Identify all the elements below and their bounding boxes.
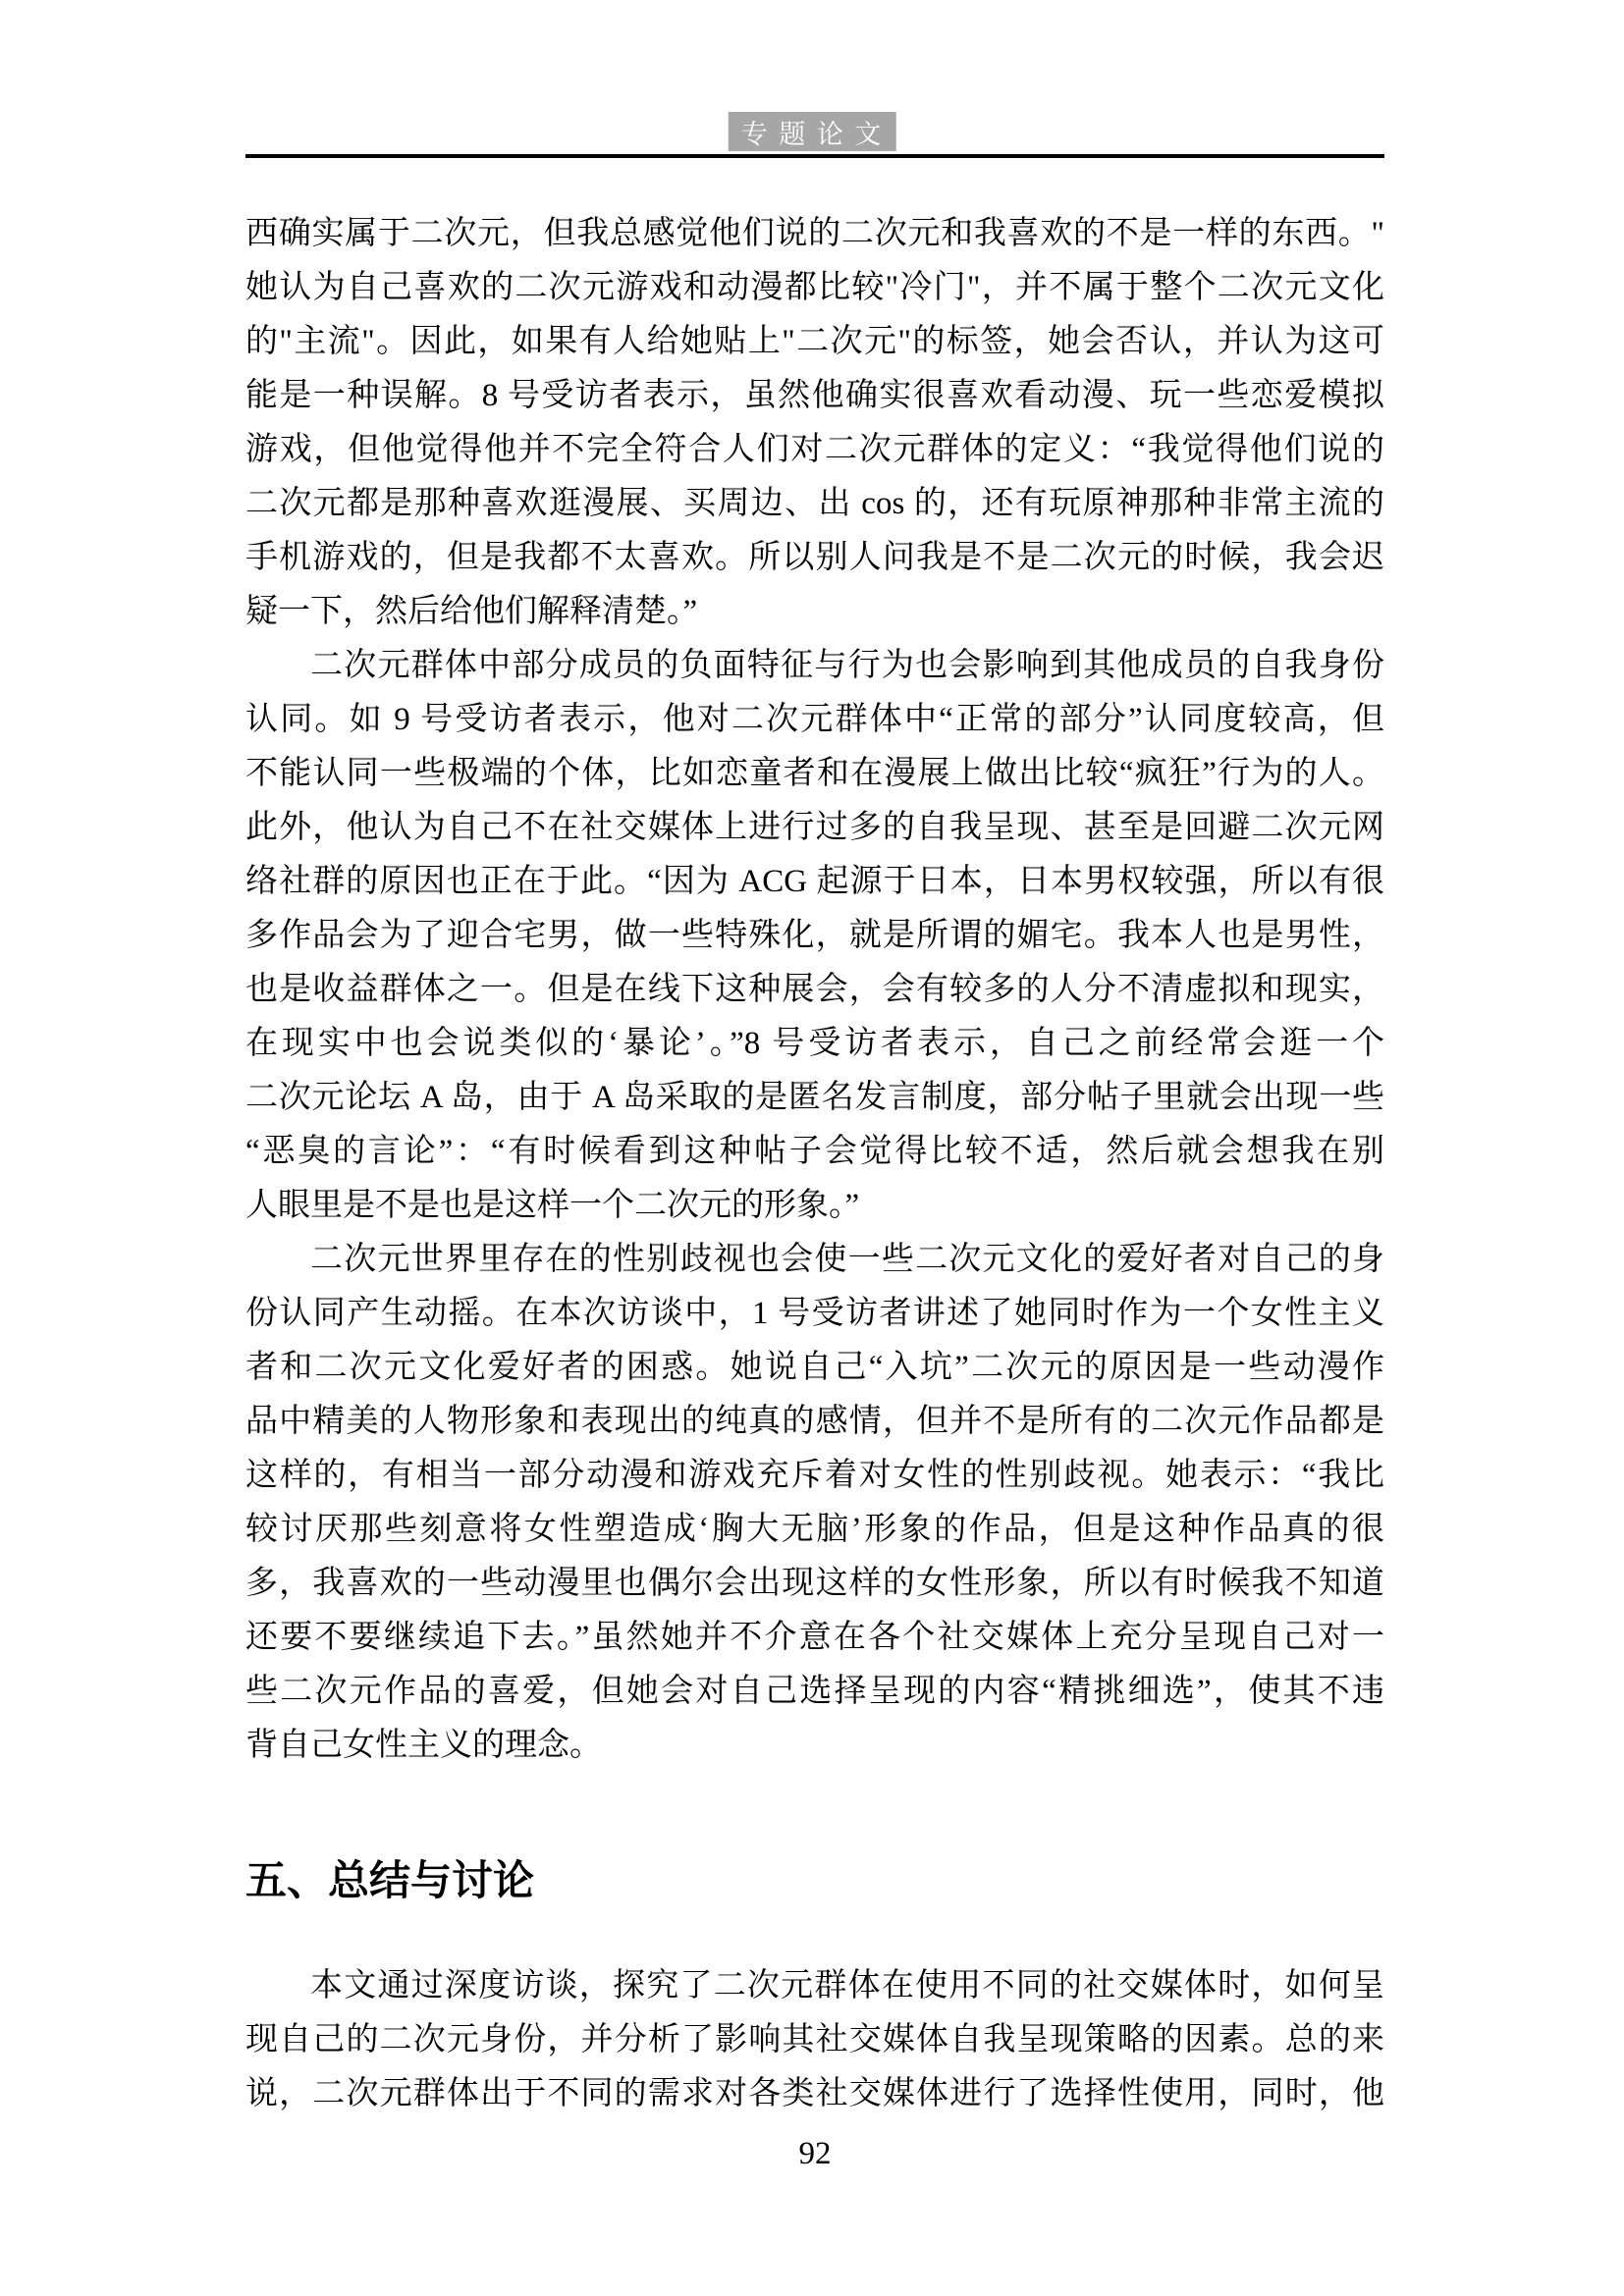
document-page: 专 题 论 文 西确实属于二次元，但我总感觉他们说的二次元和我喜欢的不是一样的东… [0, 0, 1624, 2296]
text-line: 人眼里是不是也是这样一个二次元的形象。” [245, 1179, 1384, 1233]
text-line: 还要不要继续追下去。”虽然她并不介意在各个社交媒体上充分呈现自己对一 [245, 1611, 1384, 1665]
text-line: 游戏，但他觉得他并不完全符合人们对二次元群体的定义：“我觉得他们说的 [245, 423, 1384, 477]
text-line: 的"主流"。因此，如果有人给她贴上"二次元"的标签，她会否认，并认为这可 [245, 315, 1384, 369]
paragraph: 西确实属于二次元，但我总感觉他们说的二次元和我喜欢的不是一样的东西。"她认为自己… [245, 207, 1384, 639]
text-line: 疑一下，然后给他们解释清楚。” [245, 585, 1384, 639]
page-body: 西确实属于二次元，但我总感觉他们说的二次元和我喜欢的不是一样的东西。"她认为自己… [245, 207, 1384, 2176]
text-line: 者和二次元文化爱好者的困惑。她说自己“入坑”二次元的原因是一些动漫作 [245, 1341, 1384, 1395]
paragraph: 二次元群体中部分成员的负面特征与行为也会影响到其他成员的自我身份认同。如 9 号… [245, 639, 1384, 1233]
text-line: 多作品会为了迎合宅男，做一些特殊化，就是所谓的媚宅。我本人也是男性， [245, 909, 1384, 963]
text-line: 西确实属于二次元，但我总感觉他们说的二次元和我喜欢的不是一样的东西。" [245, 207, 1384, 261]
text-line: 多，我喜欢的一些动漫里也偶尔会出现这样的女性形象，所以有时候我不知道 [245, 1557, 1384, 1611]
text-line: 二次元群体中部分成员的负面特征与行为也会影响到其他成员的自我身份 [245, 639, 1384, 693]
text-line: 品中精美的人物形象和表现出的纯真的感情，但并不是所有的二次元作品都是 [245, 1395, 1384, 1449]
text-line: “恶臭的言论”：“有时候看到这种帖子会觉得比较不适，然后就会想我在别 [245, 1125, 1384, 1179]
header-category-label: 专 题 论 文 [729, 112, 896, 151]
text-line: 认同。如 9 号受访者表示，他对二次元群体中“正常的部分”认同度较高，但 [245, 693, 1384, 747]
text-line: 较讨厌那些刻意将女性塑造成‘胸大无脑’形象的作品，但是这种作品真的很 [245, 1503, 1384, 1557]
text-line: 手机游戏的，但是我都不太喜欢。所以别人问我是不是二次元的时候，我会迟 [245, 531, 1384, 585]
header-rule [245, 154, 1384, 158]
text-line: 也是收益群体之一。但是在线下这种展会，会有较多的人分不清虚拟和现实， [245, 963, 1384, 1017]
text-line: 些二次元作品的喜爱，但她会对自己选择呈现的内容“精挑细选”，使其不违 [245, 1665, 1384, 1719]
text-line: 二次元论坛 A 岛，由于 A 岛采取的是匿名发言制度，部分帖子里就会出现一些 [245, 1071, 1384, 1125]
text-line: 说，二次元群体出于不同的需求对各类社交媒体进行了选择性使用，同时，他 [245, 2067, 1384, 2121]
page-number: 92 [245, 2131, 1384, 2176]
text-line: 份认同产生动摇。在本次访谈中，1 号受访者讲述了她同时作为一个女性主义 [245, 1287, 1384, 1341]
text-line: 能是一种误解。8 号受访者表示，虽然他确实很喜欢看动漫、玩一些恋爱模拟 [245, 369, 1384, 423]
paragraph: 本文通过深度访谈，探究了二次元群体在使用不同的社交媒体时，如何呈现自己的二次元身… [245, 1959, 1384, 2121]
text-line: 二次元都是那种喜欢逛漫展、买周边、出 cos 的，还有玩原神那种非常主流的 [245, 477, 1384, 531]
text-line: 在现实中也会说类似的‘暴论’。”8 号受访者表示，自己之前经常会逛一个 [245, 1017, 1384, 1071]
text-line: 本文通过深度访谈，探究了二次元群体在使用不同的社交媒体时，如何呈 [245, 1959, 1384, 2013]
text-line: 络社群的原因也正在于此。“因为 ACG 起源于日本，日本男权较强，所以有很 [245, 855, 1384, 909]
text-line: 她认为自己喜欢的二次元游戏和动漫都比较"冷门"，并不属于整个二次元文化 [245, 261, 1384, 315]
text-line: 此外，他认为自己不在社交媒体上进行过多的自我呈现、甚至是回避二次元网 [245, 801, 1384, 855]
paragraph: 二次元世界里存在的性别歧视也会使一些二次元文化的爱好者对自己的身份认同产生动摇。… [245, 1233, 1384, 1773]
text-line: 二次元世界里存在的性别歧视也会使一些二次元文化的爱好者对自己的身 [245, 1233, 1384, 1287]
section-heading: 五、总结与讨论 [245, 1856, 1384, 1905]
text-line: 这样的，有相当一部分动漫和游戏充斥着对女性的性别歧视。她表示：“我比 [245, 1449, 1384, 1503]
text-line: 现自己的二次元身份，并分析了影响其社交媒体自我呈现策略的因素。总的来 [245, 2013, 1384, 2067]
text-line: 背自己女性主义的理念。 [245, 1719, 1384, 1773]
text-line: 不能认同一些极端的个体，比如恋童者和在漫展上做出比较“疯狂”行为的人。 [245, 747, 1384, 801]
